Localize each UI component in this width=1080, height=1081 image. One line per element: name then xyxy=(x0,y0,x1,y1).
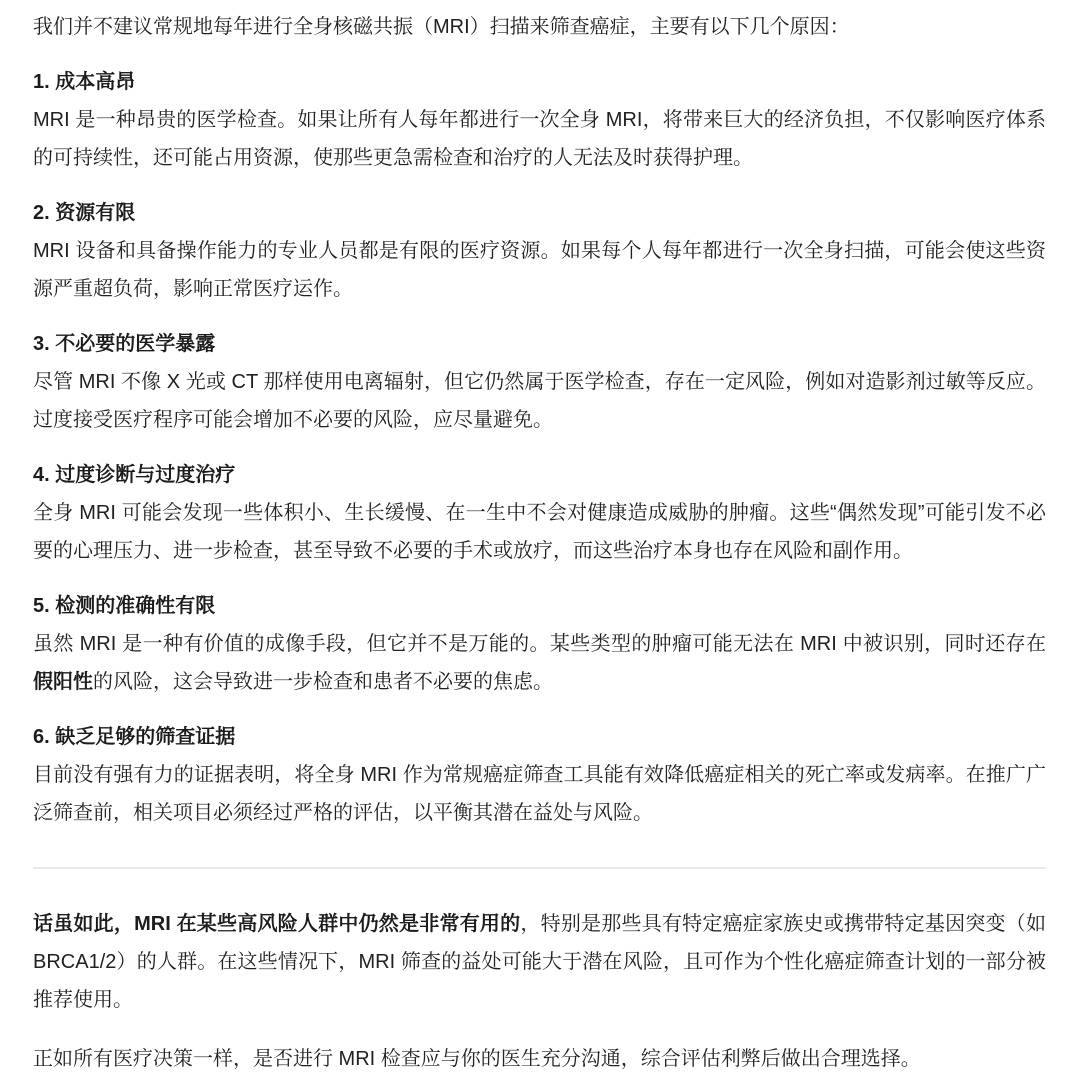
section-evidence-heading: 6. 缺乏足够的筛查证据 xyxy=(33,718,1046,756)
section-cost: 1. 成本高昂 MRI 是一种昂贵的医学检查。如果让所有人每年都进行一次全身 M… xyxy=(33,63,1046,177)
section-resources-heading: 2. 资源有限 xyxy=(33,194,1046,232)
section-divider xyxy=(33,867,1046,869)
section-cost-body: MRI 是一种昂贵的医学检查。如果让所有人每年都进行一次全身 MRI，将带来巨大… xyxy=(33,101,1046,177)
section-evidence: 6. 缺乏足够的筛查证据 目前没有强有力的证据表明，将全身 MRI 作为常规癌症… xyxy=(33,718,1046,832)
section-overdiagnosis-body: 全身 MRI 可能会发现一些体积小、生长缓慢、在一生中不会对健康造成威胁的肿瘤。… xyxy=(33,494,1046,570)
section-resources: 2. 资源有限 MRI 设备和具备操作能力的专业人员都是有限的医疗资源。如果每个… xyxy=(33,194,1046,308)
section-accuracy: 5. 检测的准确性有限 虽然 MRI 是一种有价值的成像手段，但它并不是万能的。… xyxy=(33,587,1046,701)
document-body: 我们并不建议常规地每年进行全身核磁共振（MRI）扫描来筛查癌症，主要有以下几个原… xyxy=(0,0,1080,1078)
conclusion-highlight-paragraph: 话虽如此，MRI 在某些高风险人群中仍然是非常有用的，特别是那些具有特定癌症家族… xyxy=(33,905,1046,1019)
section-accuracy-body-tail: 的风险，这会导致进一步检查和患者不必要的焦虑。 xyxy=(93,671,553,693)
intro-paragraph: 我们并不建议常规地每年进行全身核磁共振（MRI）扫描来筛查癌症，主要有以下几个原… xyxy=(33,8,1046,46)
section-accuracy-false-positive-emphasis: 假阳性 xyxy=(33,671,93,693)
section-exposure-body: 尽管 MRI 不像 X 光或 CT 那样使用电离辐射，但它仍然属于医学检查，存在… xyxy=(33,363,1046,439)
section-exposure: 3. 不必要的医学暴露 尽管 MRI 不像 X 光或 CT 那样使用电离辐射，但… xyxy=(33,325,1046,439)
section-overdiagnosis-heading: 4. 过度诊断与过度治疗 xyxy=(33,456,1046,494)
section-exposure-heading: 3. 不必要的医学暴露 xyxy=(33,325,1046,363)
section-accuracy-heading: 5. 检测的准确性有限 xyxy=(33,587,1046,625)
conclusion-highlight-bold: 话虽如此，MRI 在某些高风险人群中仍然是非常有用的 xyxy=(33,913,520,935)
section-cost-heading: 1. 成本高昂 xyxy=(33,63,1046,101)
final-note-paragraph: 正如所有医疗决策一样，是否进行 MRI 检查应与你的医生充分沟通，综合评估利弊后… xyxy=(33,1040,1046,1078)
section-accuracy-body: 虽然 MRI 是一种有价值的成像手段，但它并不是万能的。某些类型的肿瘤可能无法在… xyxy=(33,625,1046,701)
section-overdiagnosis: 4. 过度诊断与过度治疗 全身 MRI 可能会发现一些体积小、生长缓慢、在一生中… xyxy=(33,456,1046,570)
section-accuracy-body-lead: 虽然 MRI 是一种有价值的成像手段，但它并不是万能的。某些类型的肿瘤可能无法在… xyxy=(33,633,1046,655)
section-resources-body: MRI 设备和具备操作能力的专业人员都是有限的医疗资源。如果每个人每年都进行一次… xyxy=(33,232,1046,308)
section-evidence-body: 目前没有强有力的证据表明，将全身 MRI 作为常规癌症筛查工具能有效降低癌症相关… xyxy=(33,756,1046,832)
